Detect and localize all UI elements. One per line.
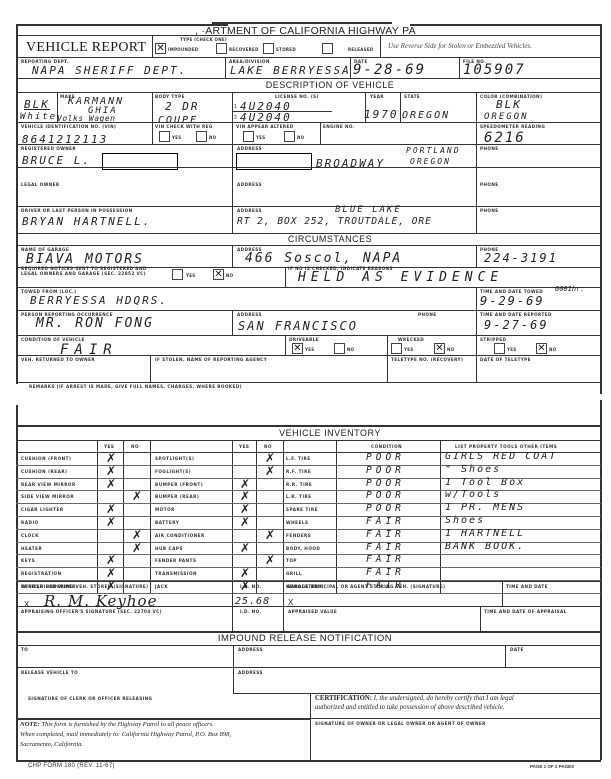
top-rule-center <box>212 22 392 24</box>
inv-item-label: TOP <box>286 558 297 563</box>
color-left-1: BLK <box>24 98 50 111</box>
vin-altered-yes-label: YES <box>256 135 265 140</box>
body-type-value-1[interactable]: 2 DR <box>165 100 200 113</box>
rule <box>16 554 601 555</box>
inv-condition-value[interactable]: FAIR <box>366 542 405 553</box>
registered-city-1: PORTLAND <box>406 146 461 155</box>
type-stored-label: STORED <box>276 47 296 52</box>
inv-yes-mark[interactable]: ✗ <box>106 554 116 566</box>
release-to-address-label: ADDRESS <box>238 670 263 675</box>
note-line-2: When completed, mail immediately to: Cal… <box>20 731 231 738</box>
vin-altered-no-label: NO <box>297 135 304 140</box>
state-value[interactable]: OREGON <box>402 110 450 121</box>
divider <box>232 310 233 335</box>
body-type-label: BODY TYPE <box>155 94 185 99</box>
rule <box>16 516 601 517</box>
inv-item-label: FENDER PANTS <box>155 558 197 563</box>
wrecked-no-checkbox[interactable]: ✕ <box>434 343 445 354</box>
driver-value[interactable]: BRYAN HARTNELL. <box>22 215 151 228</box>
inv-item-label: RADIO <box>21 520 39 525</box>
rule <box>16 92 601 93</box>
inv-condition-value[interactable]: POOR <box>366 490 405 501</box>
inv-no-mark[interactable]: ✗ <box>132 490 142 502</box>
inv-no-mark[interactable]: ✗ <box>132 542 142 554</box>
divider <box>152 122 153 144</box>
divider <box>476 287 477 335</box>
registered-address-label: ADDRESS <box>237 146 262 151</box>
divider <box>285 267 286 287</box>
inv-condition-value[interactable]: FAIR <box>366 516 405 527</box>
inv-item-label: L.R. TIRE <box>286 494 312 499</box>
inv-property-value[interactable]: w/Tools <box>445 489 501 500</box>
inv-condition-header: CONDITION <box>371 444 402 449</box>
inv-yes-mark[interactable]: ✗ <box>106 465 116 477</box>
date-value[interactable]: 9-28-69 <box>353 62 426 78</box>
officer-x: X <box>24 600 29 609</box>
vin-check-no-label: NO <box>209 135 216 140</box>
type-label: TYPE (CHECK ONE) <box>180 37 227 42</box>
driver-address-1[interactable]: BLUE LAKE <box>335 205 402 215</box>
rule <box>16 78 601 79</box>
stripped-yes-checkbox[interactable] <box>494 343 505 354</box>
rule <box>16 425 601 427</box>
inv-item-label: TRANSMISSION <box>155 571 197 576</box>
officer-signature[interactable]: R. M. Keyhoe <box>44 592 157 610</box>
file-no-value[interactable]: 105907 <box>463 62 526 78</box>
header-rule <box>16 35 601 36</box>
stripped-no-label: NO <box>549 347 556 352</box>
year-label: YEAR <box>370 94 384 99</box>
to-label: TO <box>21 647 28 652</box>
inv-yes-header: YES <box>104 444 114 449</box>
inv-item-label: MOTOR <box>155 507 175 512</box>
notices-label-2: LEGAL OWNERS AND GARAGE (SEC. 22852 VC) <box>21 271 146 276</box>
registered-owner-label: REGISTERED OWNER <box>21 146 76 151</box>
inv-property-value[interactable]: " Shoes <box>445 464 501 475</box>
owner-signature-label: SIGNATURE OF OWNER OR LEGAL OWNER OR AGE… <box>315 721 486 726</box>
vin-check-yes-label: YES <box>172 135 181 140</box>
inv-item-label: REGISTRATION <box>21 571 62 576</box>
release-address-label: ADDRESS <box>238 647 263 652</box>
rule <box>16 382 601 383</box>
vin-label: VEHICLE IDENTIFICATION NO. (VIN) <box>21 124 116 129</box>
inv-property-value[interactable]: 1 Tool Box <box>445 477 525 488</box>
returned-label: VEH. RETURNED TO OWNER <box>21 357 95 362</box>
notices-yes-label: YES <box>186 273 195 278</box>
inv-yes-header: YES <box>239 444 249 449</box>
inv-condition-value[interactable]: FAIR <box>366 554 405 565</box>
phone-label: PHONE <box>480 146 499 151</box>
inv-item-label: BATTERY <box>155 520 179 525</box>
form-title: VEHICLE REPORT <box>26 40 146 56</box>
type-released-label: RELEASED <box>348 47 374 52</box>
inv-yes-mark[interactable]: ✗ <box>106 567 116 579</box>
year-value[interactable]: 1970 <box>364 108 399 121</box>
legal-phone-label: PHONE <box>480 182 499 187</box>
legal-address-label: ADDRESS <box>237 182 262 187</box>
description-title: DESCRIPTION OF VEHICLE <box>230 80 430 90</box>
divider <box>152 35 153 57</box>
stolen-agency-label: IF STOLEN, NAME OF REPORTING AGENCY <box>155 357 267 362</box>
driveable-yes-label: YES <box>305 347 314 352</box>
driver-address-label: ADDRESS <box>237 208 262 213</box>
garage-phone-value[interactable]: 224-3191 <box>484 251 558 265</box>
vin-check-label: VIN CHECK WITH REG <box>155 124 213 129</box>
time-towed-note: 0001hr. <box>555 285 585 293</box>
inv-condition-value[interactable]: POOR <box>366 465 405 476</box>
inv-yes-mark[interactable]: ✗ <box>106 503 116 515</box>
inv-no-mark[interactable]: ✗ <box>132 529 142 541</box>
release-title: IMPOUND RELEASE NOTIFICATION <box>180 633 430 644</box>
certification-body-1: I, the undersigned, do hereby certify th… <box>374 695 514 702</box>
inv-item-label: CUSHION (REAR) <box>21 469 67 474</box>
rule <box>16 440 601 441</box>
teletype-date-label: DATE OF TELETYPE <box>480 357 531 362</box>
frame-right <box>600 24 602 394</box>
divider <box>285 335 286 355</box>
vin-check-no-checkbox[interactable] <box>196 131 207 142</box>
reasons-value[interactable]: HELD AS EVIDENCE <box>298 270 503 285</box>
certification-text: CERTIFICATION: I, the undersigned, do he… <box>315 694 600 712</box>
rule <box>16 144 601 145</box>
state-label: STATE <box>404 94 420 99</box>
frame-right-lower <box>600 400 602 718</box>
divider <box>232 167 233 233</box>
inv-yes-mark[interactable]: ✗ <box>240 516 250 528</box>
inv-item-label: HEATER <box>21 546 42 551</box>
divider <box>505 645 506 667</box>
inv-property-value[interactable]: 1 HARTNELL <box>445 528 525 539</box>
inv-no-mark[interactable]: ✗ <box>265 529 275 541</box>
rule <box>16 355 601 356</box>
release-date-label: DATE <box>510 647 524 652</box>
rule <box>16 310 601 311</box>
inv-item-label: HUB CAPS <box>155 546 183 551</box>
inv-condition-value[interactable]: FAIR <box>366 567 405 578</box>
remarks-label: REMARKS (IF ARREST IS MADE, GIVE FULL NA… <box>29 384 242 389</box>
certification-lead: CERTIFICATION: <box>315 695 372 702</box>
inv-condition-value[interactable]: POOR <box>366 503 405 514</box>
inv-yes-mark[interactable]: ✗ <box>240 567 250 579</box>
divider <box>225 57 226 78</box>
divider <box>232 245 233 267</box>
vin-altered-no-checkbox[interactable] <box>284 131 295 142</box>
rule <box>16 245 601 246</box>
rule <box>16 667 601 668</box>
inv-item-label: L.F. TIRE <box>286 456 311 461</box>
inv-item-label: WHEELS <box>286 520 309 525</box>
inv-item-label: SIDE VIEW MIRROR <box>21 494 74 499</box>
driveable-label: DRIVEABLE <box>289 337 319 342</box>
inv-condition-value[interactable]: POOR <box>366 452 405 463</box>
note-line-3: Sacramento, California. <box>20 741 83 748</box>
time-towed-value[interactable]: 9-29-69 <box>480 294 545 308</box>
teletype-label: TELETYPE NO. (RECOVERY) <box>391 357 463 362</box>
inv-yes-mark[interactable]: ✗ <box>240 478 250 490</box>
rule <box>16 645 601 646</box>
wrecked-label: WRECKED <box>398 337 424 342</box>
notices-no-label: NO <box>226 273 233 278</box>
divider <box>233 645 234 693</box>
inv-property-value[interactable]: Shoes <box>445 515 485 526</box>
person-address-label: ADDRESS <box>237 312 262 317</box>
stripped-label: STRIPPED <box>480 337 506 342</box>
type-impounded-label: IMPOUNDED <box>168 47 198 52</box>
inv-item-label: BUMPER (FRONT) <box>155 482 203 487</box>
inv-no-mark[interactable]: ✗ <box>265 554 275 566</box>
appraised-id-label: I.D. NO. <box>240 609 261 614</box>
inv-item-label: GRILL <box>286 571 302 576</box>
inv-no-header: NO <box>131 444 139 449</box>
inv-item-label: REAR VIEW MIRROR <box>21 482 76 487</box>
inv-item-label: CUSHION (FRONT) <box>21 456 71 461</box>
inv-property-value[interactable]: GIRLS RED COAT <box>445 451 557 462</box>
frame-right-bottom <box>600 718 602 760</box>
divider <box>459 57 460 78</box>
time-reported-label: TIME AND DATE REPORTED <box>480 312 552 317</box>
inv-item-label: CIGAR LIGHTER <box>21 507 64 512</box>
inv-item-label: FENDERS <box>286 533 311 538</box>
divider <box>232 92 233 167</box>
inv-condition-value[interactable]: POOR <box>366 478 405 489</box>
time-date-label: TIME AND DATE <box>506 584 548 589</box>
driveable-yes-checkbox[interactable]: ✕ <box>292 343 303 354</box>
id-no-label: I.D. NO. <box>240 584 261 589</box>
appraised-value-label: APPRAISED VALUE <box>288 609 337 614</box>
inv-property-value[interactable]: 1 PR. MENS <box>445 502 525 513</box>
registered-owner-value[interactable]: BRUCE L. <box>22 154 91 167</box>
divider <box>480 606 481 631</box>
type-recovered-label: RECOVERED <box>229 47 259 52</box>
type-stored-checkbox[interactable] <box>263 43 274 54</box>
divider <box>502 581 503 606</box>
notices-no-checkbox[interactable]: ✕ <box>213 269 224 280</box>
speedometer-label: SPEEDOMETER READING <box>480 124 545 129</box>
divider <box>387 335 388 382</box>
driveable-no-checkbox[interactable] <box>334 343 345 354</box>
divider <box>380 35 381 57</box>
inv-yes-mark[interactable]: ✗ <box>106 478 116 490</box>
color-left-2: White <box>20 112 57 122</box>
wrecked-yes-checkbox[interactable] <box>391 343 402 354</box>
inv-item-label: CLOCK <box>21 533 39 538</box>
inv-item-label: BUMPER (REAR) <box>155 494 199 499</box>
inventory-title: VEHICLE INVENTORY <box>230 428 430 438</box>
license-1-prefix: 1 <box>234 104 237 110</box>
divider <box>310 718 311 760</box>
wrecked-yes-label: YES <box>404 347 413 352</box>
person-address-value[interactable]: SAN FRANCISCO <box>238 319 358 333</box>
inv-yes-mark[interactable]: ✗ <box>106 516 116 528</box>
divider <box>310 693 311 718</box>
type-impounded-checkbox[interactable]: ✕ <box>155 43 166 54</box>
driver-address-2[interactable]: RT 2, BOX 252, TROUTDALE, ORE <box>237 216 432 227</box>
registered-city-2: OREGON <box>410 157 451 166</box>
stripped-yes-label: YES <box>507 347 516 352</box>
inv-property-value[interactable]: BANK BOOK. <box>445 541 525 552</box>
stripped-no-checkbox[interactable]: ✕ <box>536 343 547 354</box>
frame-left-bottom <box>16 718 18 760</box>
rule <box>16 122 601 123</box>
divider <box>400 92 401 122</box>
inv-no-header: NO <box>264 444 272 449</box>
type-released-checkbox[interactable] <box>322 43 333 54</box>
release-to-label: RELEASE VEHICLE TO <box>21 670 78 675</box>
inv-yes-mark[interactable]: ✗ <box>240 490 250 502</box>
clerk-label: SIGNATURE OF CLERK OR OFFICER RELEASING <box>28 696 152 701</box>
person-reporting-value[interactable]: MR. RON FONG <box>36 316 154 331</box>
notices-yes-checkbox[interactable] <box>172 269 183 280</box>
rule <box>16 490 601 491</box>
divider <box>476 335 477 382</box>
inv-condition-value[interactable]: FAIR <box>366 529 405 540</box>
inv-item-label: JACK <box>155 584 168 589</box>
inv-no-mark[interactable]: ✗ <box>265 465 275 477</box>
officer-label: OFFICER ORDERING VEH. STORED (SIGNATURE) <box>21 584 148 589</box>
page-indicator: PAGE 1 OF 2 PAGES <box>530 764 574 769</box>
inv-no-mark[interactable]: ✗ <box>265 452 275 464</box>
form-id: CHP FORM 180 (REV. 11-67) <box>28 763 115 769</box>
rule <box>16 206 601 207</box>
note-lead: NOTE: <box>20 721 40 728</box>
driver-phone-label: PHONE <box>480 208 499 213</box>
inv-item-label: R.R. TIRE <box>286 482 312 487</box>
inv-item-label: R.F. TIRE <box>286 469 311 474</box>
circumstances-title: CIRCUMSTANCES <box>230 234 430 244</box>
garage-address-value[interactable]: 466 Soscol, NAPA <box>245 251 402 266</box>
garage-principal-label: GARAGE PRINCIPAL OR AGENT STORING VEH. (… <box>287 584 445 589</box>
divider <box>476 245 477 267</box>
rule <box>16 335 601 336</box>
top-rule-right <box>410 24 600 26</box>
area-value[interactable]: LAKE BERRYESSA <box>230 64 351 77</box>
rule <box>16 167 601 168</box>
driver-label: DRIVER OR LAST PERSON IN POSSESSION <box>21 208 133 213</box>
inv-property-header: LIST PROPERTY TOOLS OTHER ITEMS <box>455 444 557 449</box>
rule <box>16 465 601 466</box>
rule <box>16 287 601 288</box>
rule <box>310 718 601 719</box>
inv-yes-mark[interactable]: ✗ <box>240 503 250 515</box>
wrecked-no-label: NO <box>447 347 454 352</box>
inv-item-label: AIR CONDITIONER <box>155 533 205 538</box>
divider <box>476 92 477 182</box>
inv-item-label: SPOTLIGHT(S) <box>155 456 194 461</box>
rule <box>16 57 601 58</box>
inv-item-label: KEYS <box>21 558 35 563</box>
garage-value[interactable]: BIAVA MOTORS <box>26 252 144 267</box>
engine-label: ENGINE NO. <box>323 124 355 129</box>
towed-from-value[interactable]: BERRYESSA HDQRS. <box>30 294 168 307</box>
divider <box>350 57 351 78</box>
certification-body-2: authorized and entitled to take possessi… <box>315 704 505 711</box>
person-phone-label: PHONE <box>418 312 437 317</box>
inv-item-label: BODY, HOOD <box>286 546 320 551</box>
color-value-1[interactable]: BLK <box>496 98 522 111</box>
divider <box>152 92 153 122</box>
divider <box>150 355 151 382</box>
appraisal-time-label: TIME AND DATE OF APPRAISAL <box>484 609 567 614</box>
vin-check-yes-checkbox[interactable] <box>159 131 170 142</box>
legal-owner-label: LEGAL OWNER <box>21 182 60 187</box>
rule <box>16 567 601 568</box>
rule <box>16 606 601 607</box>
inv-item-label: SPARE TIRE <box>286 507 318 512</box>
license-2-prefix: 2 <box>234 115 237 121</box>
rule <box>16 581 601 582</box>
divider <box>320 122 321 144</box>
vin-altered-yes-checkbox[interactable] <box>243 131 254 142</box>
note-line-1: This form is furnished by the Highway Pa… <box>41 721 213 728</box>
note-text: NOTE: This form is furnished by the High… <box>20 720 310 750</box>
appraising-label: APPRAISING OFFICER'S SIGNATURE (SEC. 227… <box>21 609 162 614</box>
rule <box>16 760 601 762</box>
type-recovered-checkbox[interactable] <box>216 43 227 54</box>
time-reported-value[interactable]: 9-27-69 <box>484 318 549 332</box>
license-label: LICENSE NO. (S) <box>275 94 319 99</box>
inv-yes-mark[interactable]: ✗ <box>106 452 116 464</box>
vin-altered-label: VIN APPEAR ALTERED <box>236 124 294 129</box>
inv-yes-mark[interactable]: ✗ <box>240 542 250 554</box>
inv-item-label: FOGLIGHT(S) <box>155 469 191 474</box>
driveable-no-label: NO <box>347 347 354 352</box>
color-value-2[interactable]: OREGON <box>484 112 529 122</box>
reverse-side-note: Use Reverse Side for Stolen or Embezzled… <box>388 42 532 50</box>
reporting-dept-value[interactable]: NAPA SHERIFF DEPT. <box>32 64 187 77</box>
registered-address-value[interactable]: BROADWAY <box>316 157 385 170</box>
